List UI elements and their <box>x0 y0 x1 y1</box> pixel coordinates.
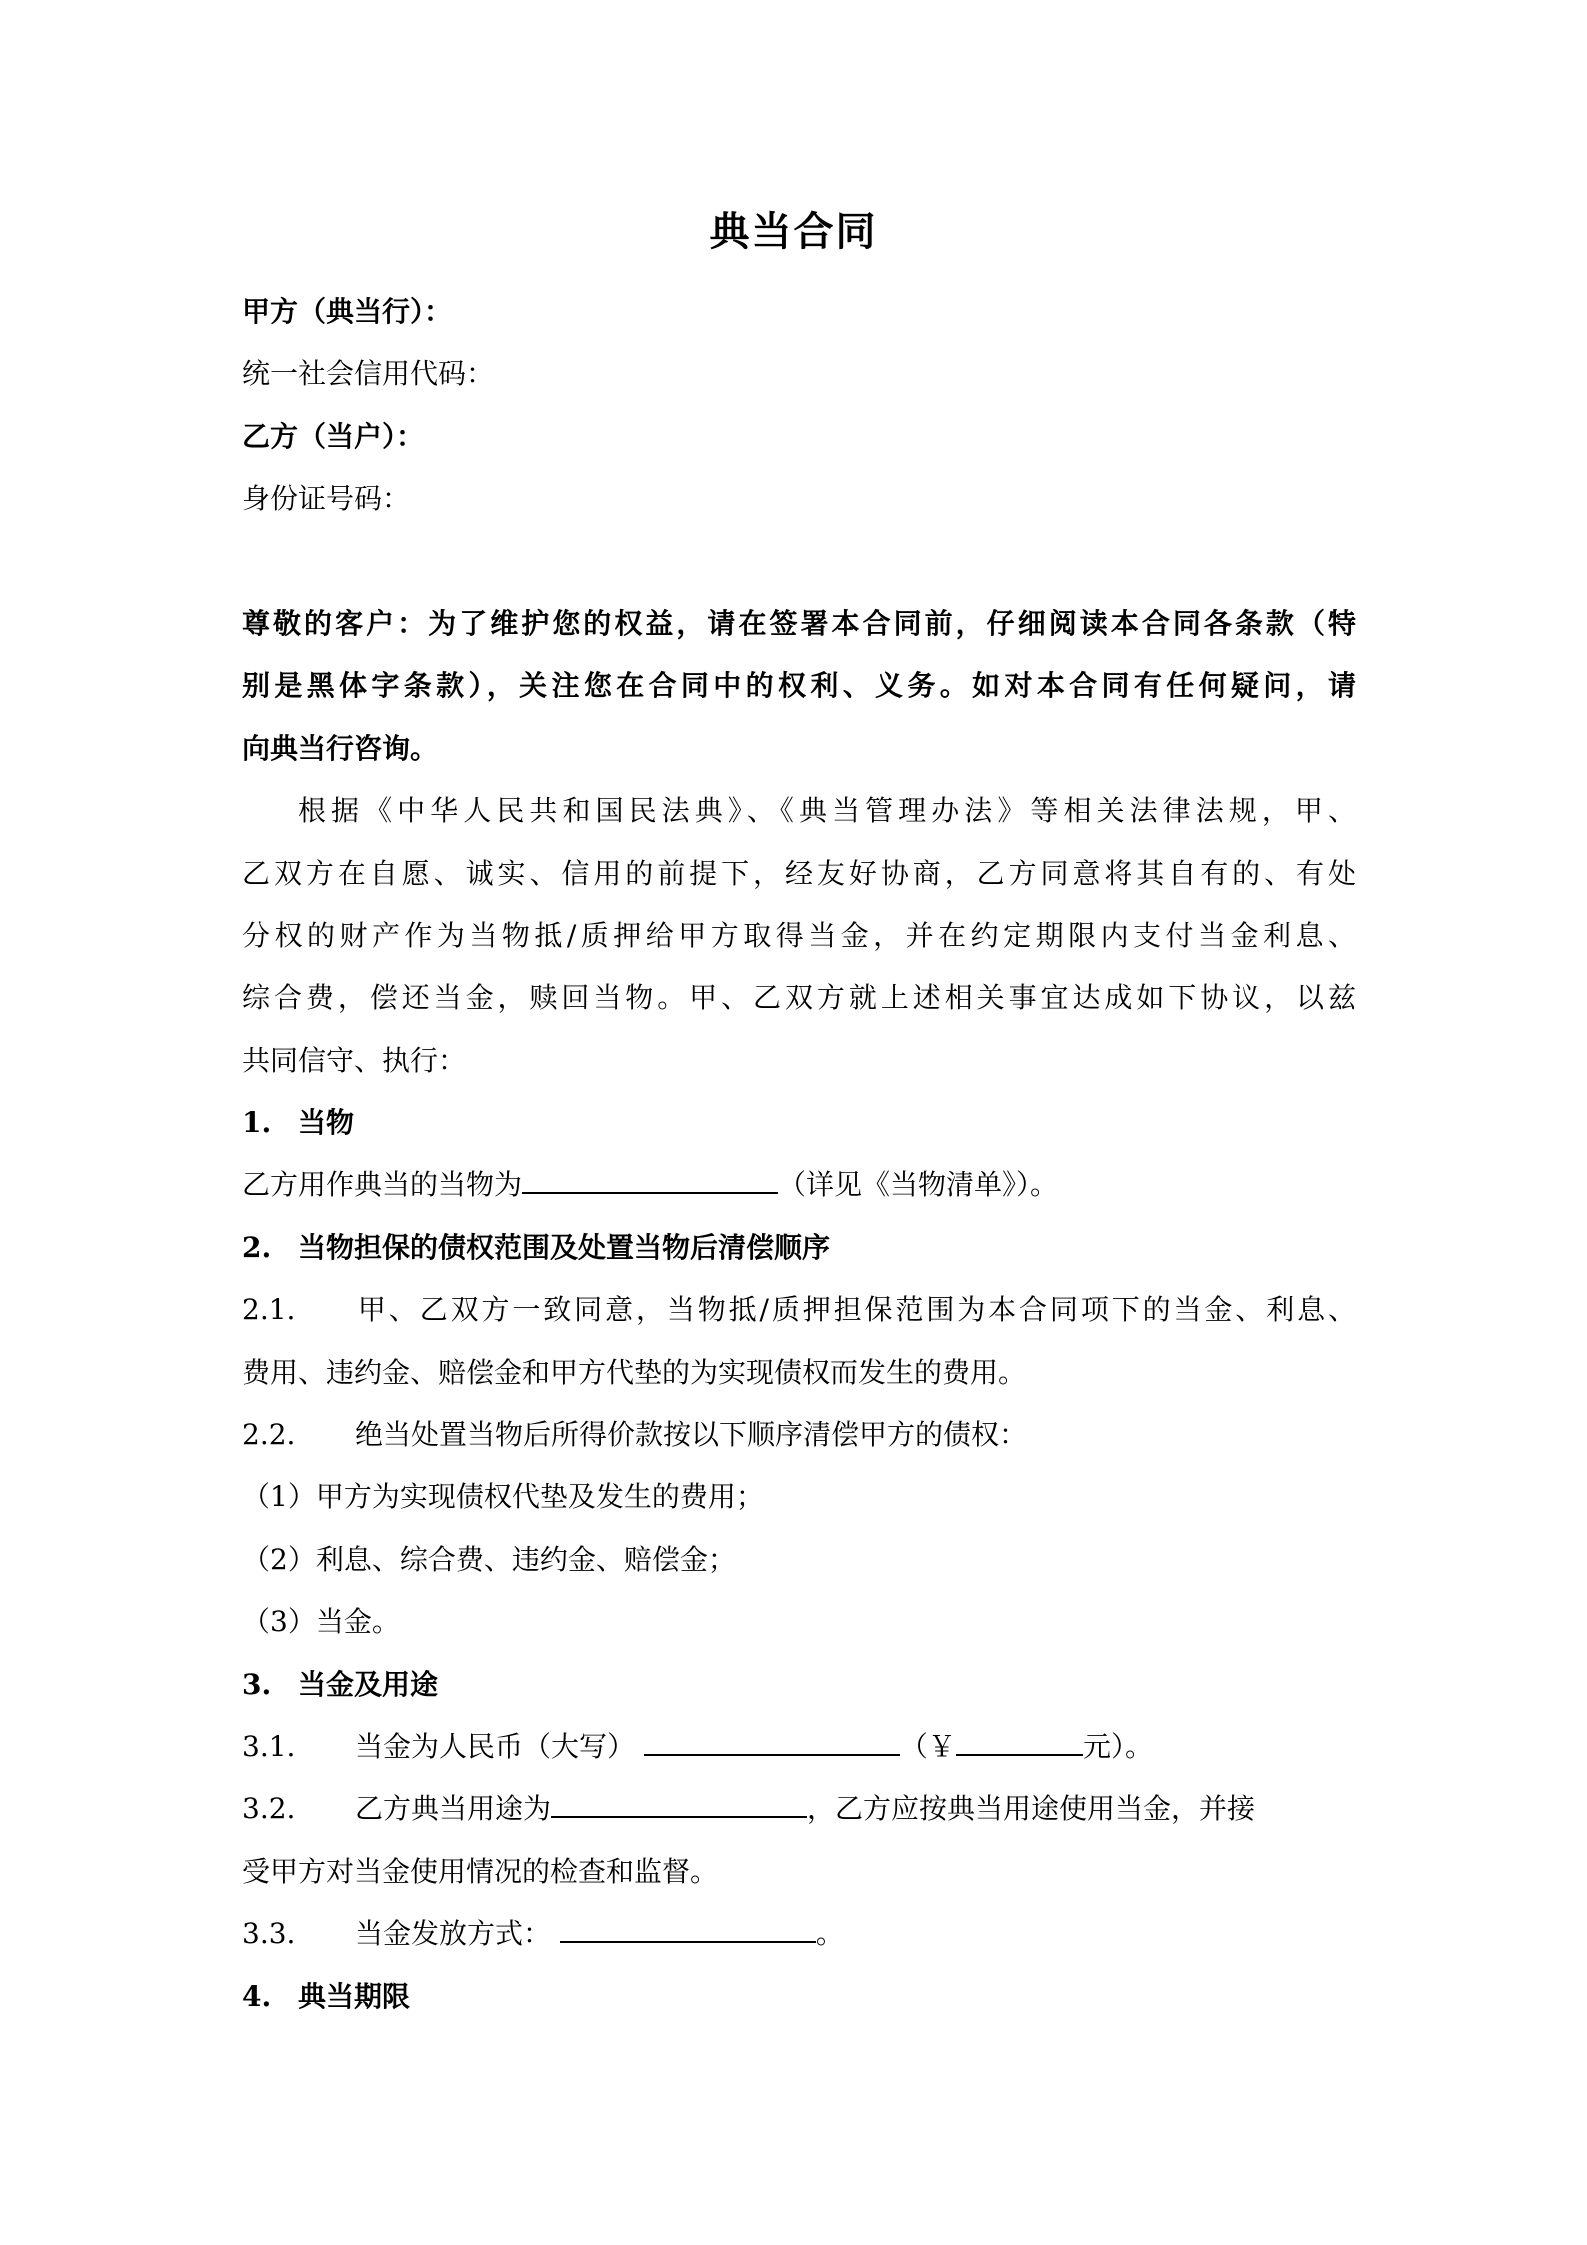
id-number-label: 身份证号码： <box>242 468 1356 530</box>
clause-2-2: 2.2.绝当处置当物后所得价款按以下顺序清偿甲方的债权： <box>242 1404 1356 1466</box>
pawn-item-clause: 乙方用作典当的当物为（详见《当物清单》）。 <box>242 1154 1356 1216</box>
section-heading-3: 3.当金及用途 <box>242 1654 1356 1716</box>
clause-suffix: （详见《当物清单》）。 <box>778 1168 1058 1201</box>
clause-number: 2.2. <box>242 1404 355 1466</box>
clause-text: 绝当处置当物后所得价款按以下顺序清偿甲方的债权： <box>355 1418 1027 1451</box>
document-title: 典当合同 <box>0 205 1587 259</box>
preamble-line: 分权的财产作为当物抵/质押给甲方取得当金，并在约定期限内支付当金利息、 <box>242 905 1356 967</box>
disbursement-method-field[interactable] <box>560 1911 816 1943</box>
clause-number: 2.1. <box>242 1279 355 1341</box>
preamble-line: 根据《中华人民共和国民法典》、《典当管理办法》等相关法律法规，甲、 <box>242 780 1356 842</box>
section-title: 当物担保的债权范围及处置当物后清偿顺序 <box>298 1231 830 1264</box>
notice-paragraph: 尊敬的客户：为了维护您的权益，请在签署本合同前，仔细阅读本合同各条款（特 别是黑… <box>242 593 1356 780</box>
clause-3-3: 3.3.当金发放方式： 。 <box>242 1903 1356 1965</box>
section-number: 3. <box>242 1654 298 1716</box>
credit-code-label: 统一社会信用代码： <box>242 343 1356 405</box>
section-number: 1. <box>242 1092 298 1154</box>
clause-prefix: 当金发放方式： <box>355 1917 551 1950</box>
preamble-line: 共同信守、执行： <box>242 1030 1356 1092</box>
notice-line: 向典当行咨询。 <box>242 718 1356 780</box>
amount-number-field[interactable] <box>956 1724 1083 1756</box>
order-item: （2）利息、综合费、违约金、赔偿金； <box>242 1529 1356 1591</box>
clause-suffix: 。 <box>816 1917 844 1950</box>
spacer <box>242 531 1356 593</box>
section-number: 2. <box>242 1217 298 1279</box>
section-heading-1: 1.当物 <box>242 1092 1356 1154</box>
party-b-label: 乙方（当户）： <box>242 406 1356 468</box>
amount-words-field[interactable] <box>644 1724 900 1756</box>
preamble-paragraph: 根据《中华人民共和国民法典》、《典当管理办法》等相关法律法规，甲、 乙双方在自愿… <box>242 780 1356 1092</box>
order-item: （3）当金。 <box>242 1591 1356 1653</box>
clause-2-1-line2: 费用、违约金、赔偿金和甲方代垫的为实现债权而发生的费用。 <box>242 1342 1356 1404</box>
clause-suffix: ，乙方应按典当用途使用当金，并接 <box>807 1792 1255 1825</box>
purpose-field[interactable] <box>551 1786 807 1818</box>
notice-line: 别是黑体字条款），关注您在合同中的权利、义务。如对本合同有任何疑问，请 <box>242 655 1356 717</box>
clause-suffix: 元）。 <box>1083 1730 1153 1763</box>
clause-number: 3.2. <box>242 1778 355 1840</box>
order-item: （1）甲方为实现债权代垫及发生的费用； <box>242 1466 1356 1528</box>
preamble-line: 乙双方在自愿、诚实、信用的前提下，经友好协商，乙方同意将其自有的、有处 <box>242 843 1356 905</box>
section-number: 4. <box>242 1966 298 2028</box>
clause-number: 3.3. <box>242 1903 355 1965</box>
pawn-item-field[interactable] <box>522 1162 778 1194</box>
section-title: 当物 <box>298 1106 354 1139</box>
preamble-line: 综合费，偿还当金，赎回当物。甲、乙双方就上述相关事宜达成如下协议，以兹 <box>242 967 1356 1029</box>
clause-middle: （￥ <box>900 1730 956 1763</box>
clause-2-1-line1: 2.1.甲、乙双方一致同意，当物抵/质押担保范围为本合同项下的当金、利息、 <box>242 1279 1356 1341</box>
clause-3-2-line1: 3.2.乙方典当用途为，乙方应按典当用途使用当金，并接 <box>242 1778 1356 1840</box>
section-heading-2: 2.当物担保的债权范围及处置当物后清偿顺序 <box>242 1217 1356 1279</box>
section-title: 典当期限 <box>298 1980 410 2013</box>
clause-text: 甲、乙双方一致同意，当物抵/质押担保范围为本合同项下的当金、利息、 <box>355 1293 1356 1326</box>
clause-prefix: 乙方典当用途为 <box>355 1792 551 1825</box>
clause-number: 3.1. <box>242 1716 355 1778</box>
section-title: 当金及用途 <box>298 1668 438 1701</box>
section-heading-4: 4.典当期限 <box>242 1966 1356 2028</box>
notice-line: 尊敬的客户：为了维护您的权益，请在签署本合同前，仔细阅读本合同各条款（特 <box>242 593 1356 655</box>
clause-prefix: 乙方用作典当的当物为 <box>242 1168 522 1201</box>
party-a-label: 甲方（典当行）： <box>242 281 1356 343</box>
clause-3-1: 3.1.当金为人民币（大写） （￥元）。 <box>242 1716 1356 1778</box>
clause-3-2-line2: 受甲方对当金使用情况的检查和监督。 <box>242 1841 1356 1903</box>
document-body: 甲方（典当行）： 统一社会信用代码： 乙方（当户）： 身份证号码： 尊敬的客户：… <box>242 281 1356 2028</box>
clause-prefix: 当金为人民币（大写） <box>355 1730 635 1763</box>
